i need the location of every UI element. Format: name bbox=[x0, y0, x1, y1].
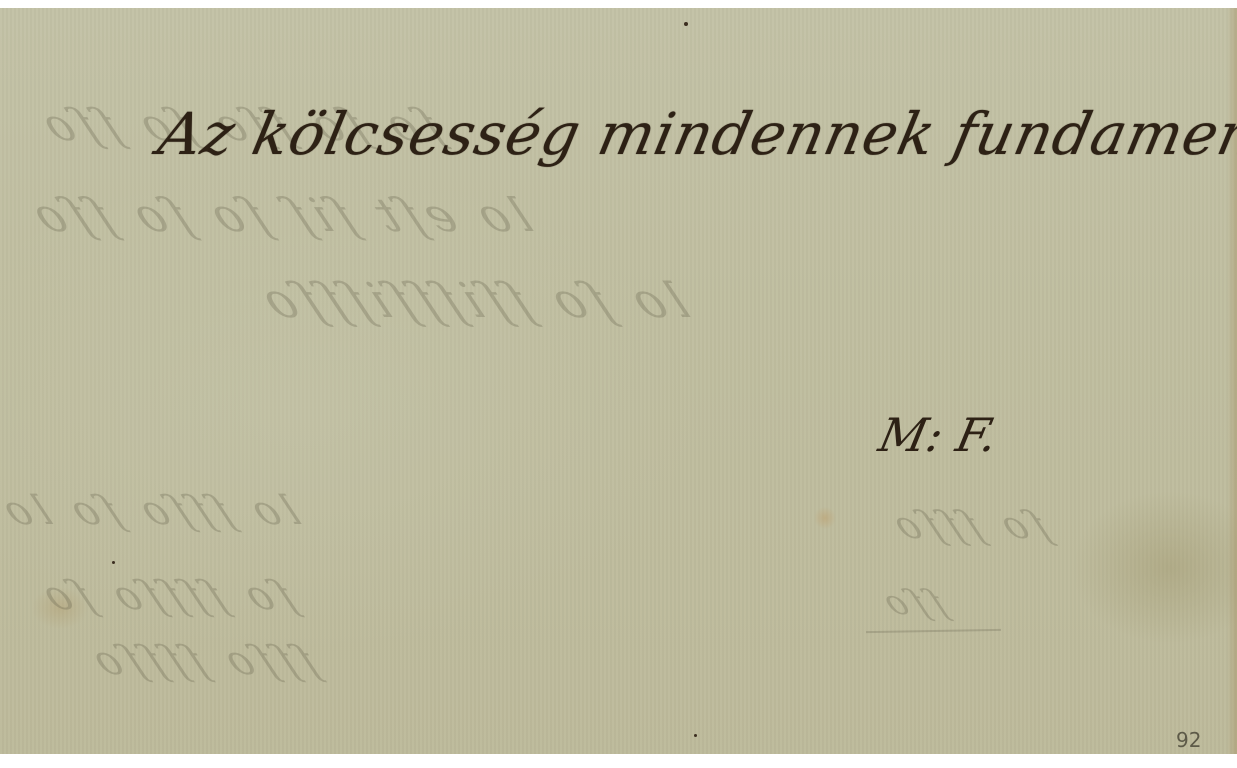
bleed-through-line: lo ſo ſſiſſſiſſſo bbox=[247, 273, 698, 329]
signature-initials: M: F. bbox=[874, 408, 1002, 462]
folio-number: 92 bbox=[1176, 728, 1201, 752]
handwritten-motto: Az kölcsesség mindennek fundamentoma. bbox=[153, 100, 1237, 168]
ink-speck bbox=[694, 734, 697, 737]
ink-speck bbox=[684, 22, 688, 26]
bleed-through-line: ſo ſſſſo ſo bbox=[29, 573, 303, 619]
bleed-through-line: lo ſſſo ſo lo bbox=[0, 488, 308, 534]
bleed-through-line: ſſſo ſſſſo bbox=[79, 638, 325, 684]
bleed-through-line: ſſo bbox=[871, 583, 953, 623]
bleed-through-line: ſo ſſſo bbox=[880, 503, 1057, 547]
bleed-through-line: lo eſt ſiſ ſo ſo ſſo bbox=[17, 188, 540, 242]
bleed-through-rule bbox=[866, 629, 1001, 633]
ink-speck bbox=[112, 561, 115, 564]
manuscript-page: ſo ſo ſſo ſo ſſo lo eſt ſiſ ſo ſo ſſo lo… bbox=[0, 8, 1237, 754]
